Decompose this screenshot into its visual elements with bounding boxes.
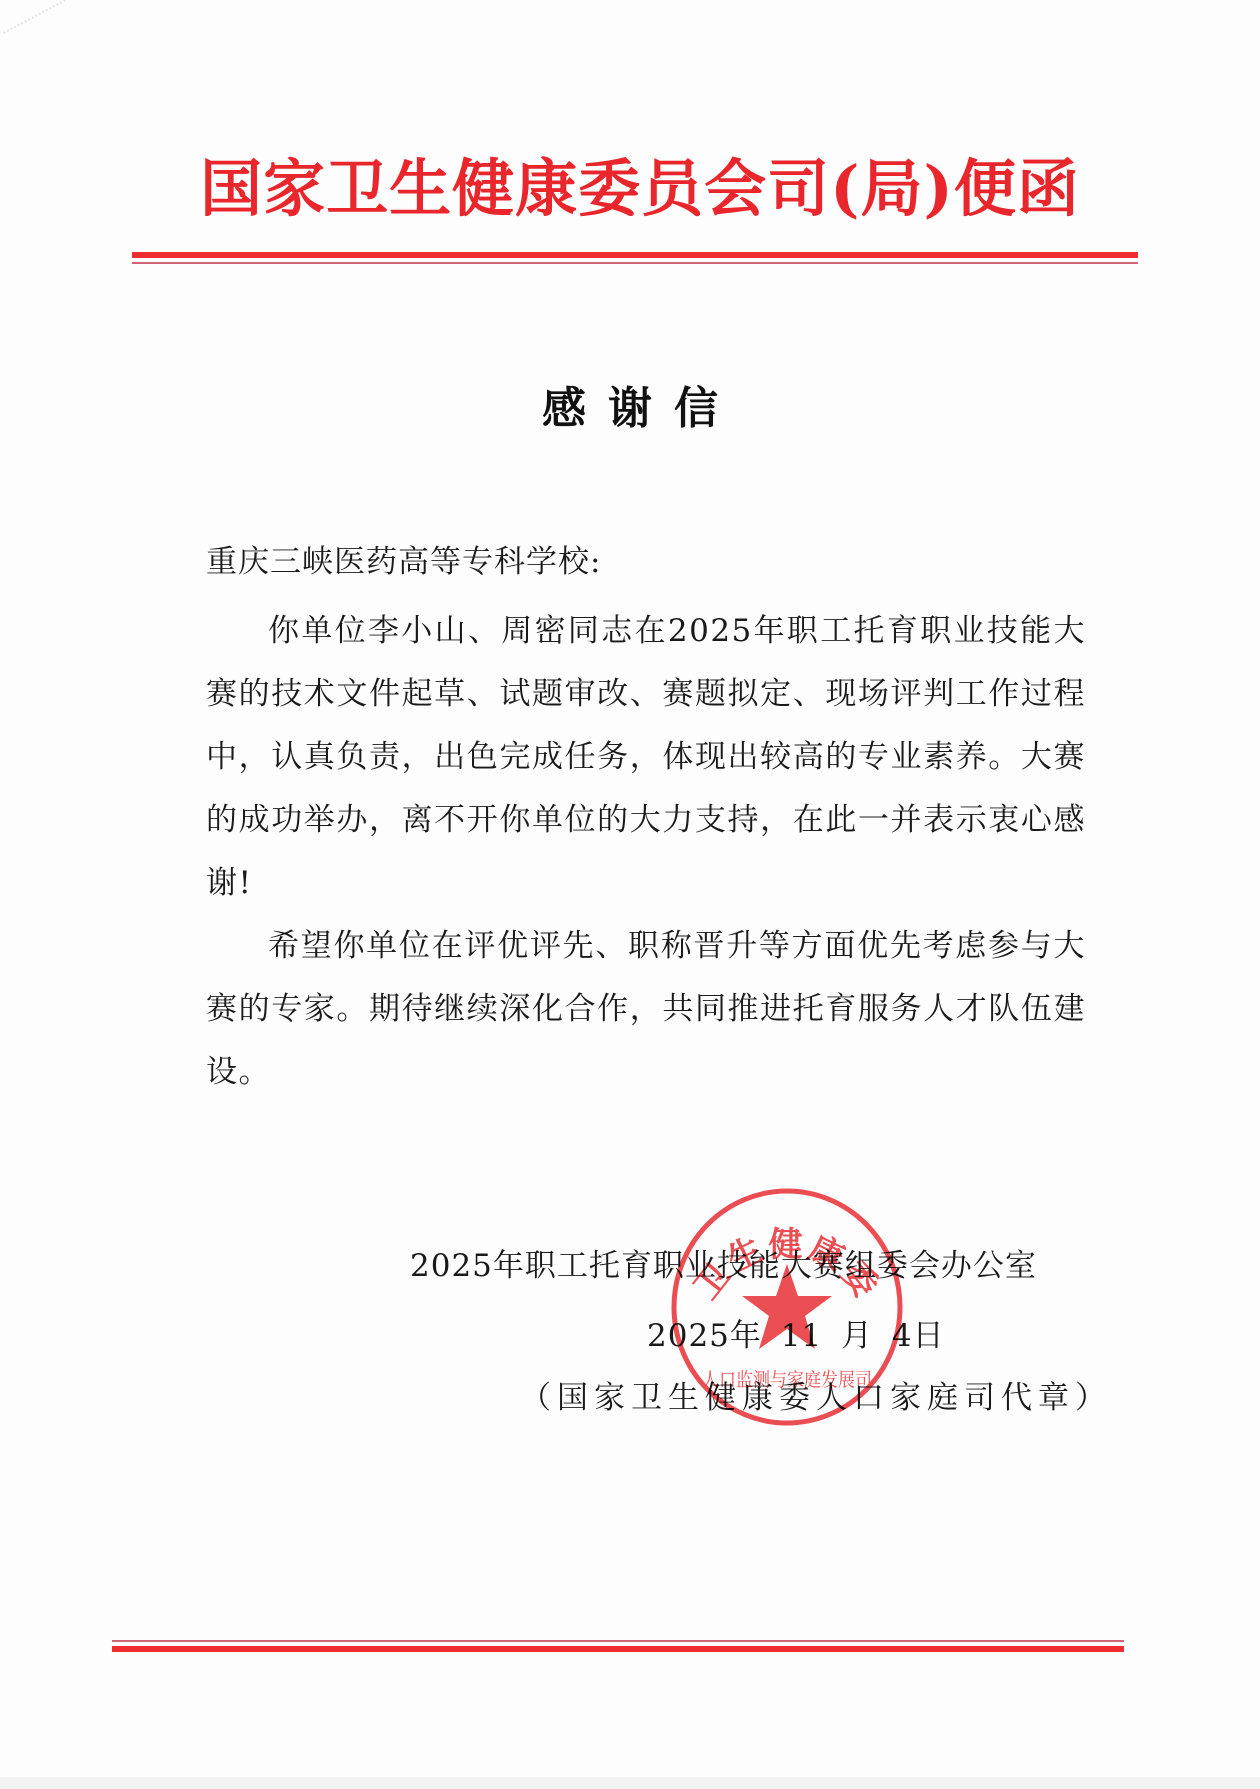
scan-artifact: [3, 0, 107, 78]
letterhead-title: 国家卫生健康委员会司(局)便函: [140, 158, 1140, 220]
official-seal: 国家卫生健康委员会 人口监测与家庭发展司: [668, 1186, 906, 1428]
paragraph-1: 你单位李小山、周密同志在2025年职工托育职业技能大赛的技术文件起草、试题审改、…: [206, 600, 1086, 915]
paragraph-2: 希望你单位在评优评先、职称晋升等方面优先考虑参与大赛的专家。期待继续深化合作，共…: [206, 915, 1086, 1104]
salutation: 重庆三峡医药高等专科学校:: [206, 536, 601, 581]
footer-rule-thin: [112, 1640, 1124, 1642]
letterhead-rule-thick: [132, 252, 1138, 258]
letter-page: 国家卫生健康委员会司(局)便函 感谢信 重庆三峡医药高等专科学校: 你单位李小山…: [0, 0, 1260, 1789]
letter-title: 感谢信: [0, 372, 1260, 436]
page-bottom-edge: [0, 1777, 1260, 1789]
letter-body: 你单位李小山、周密同志在2025年职工托育职业技能大赛的技术文件起草、试题审改、…: [206, 600, 1086, 1104]
seal-bottom-text: 人口监测与家庭发展司: [702, 1369, 872, 1391]
letterhead-rule-thin: [132, 262, 1138, 264]
star-icon: [742, 1264, 832, 1349]
seal-arc-text: 国家卫生健康委员会: [668, 1186, 887, 1307]
footer-rule-thick: [112, 1646, 1124, 1652]
